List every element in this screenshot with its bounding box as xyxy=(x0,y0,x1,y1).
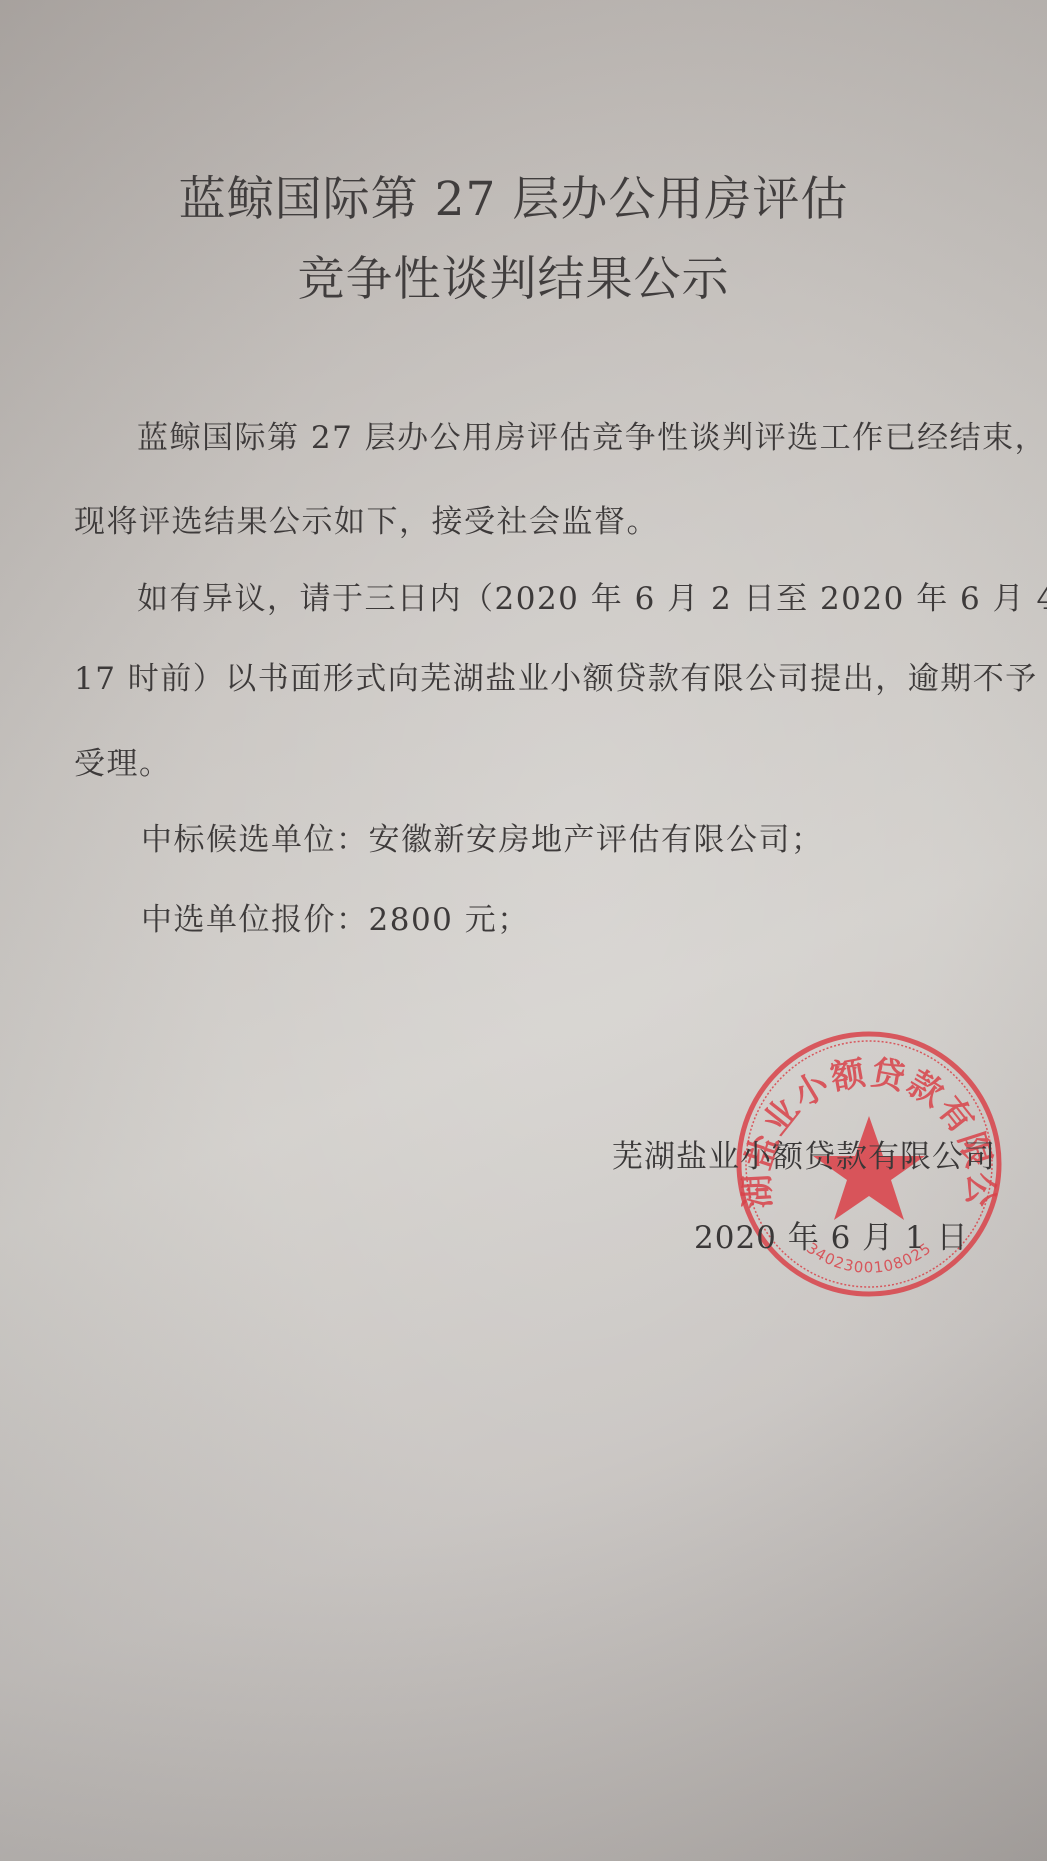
selected-bid-price: 中选单位报价：2800 元； xyxy=(141,894,530,939)
paragraph-2-line-2: 17 时前）以书面形式向芜湖盐业小额贷款有限公司提出，逾期不予 xyxy=(74,653,1038,698)
document-title-line-1: 蓝鲸国际第 27 层办公用房评估 xyxy=(0,162,1037,229)
document-title-line-2: 竞争性谈判结果公示 xyxy=(0,242,1037,309)
paragraph-1-line-2: 现将评选结果公示如下，接受社会监督。 xyxy=(74,496,659,541)
signature-date: 2020 年 6 月 1 日 xyxy=(694,1212,969,1257)
paragraph-2-line-1: 如有异议，请于三日内（2020 年 6 月 2 日至 2020 年 6 月 4 … xyxy=(137,573,1047,618)
winning-candidate: 中标候选单位：安徽新安房地产评估有限公司； xyxy=(141,814,824,859)
paragraph-1-line-1: 蓝鲸国际第 27 层办公用房评估竞争性谈判评选工作已经结束， xyxy=(137,412,1047,457)
signature-organization: 芜湖盐业小额贷款有限公司 xyxy=(612,1131,996,1176)
paragraph-2-line-3: 受理。 xyxy=(74,738,172,783)
